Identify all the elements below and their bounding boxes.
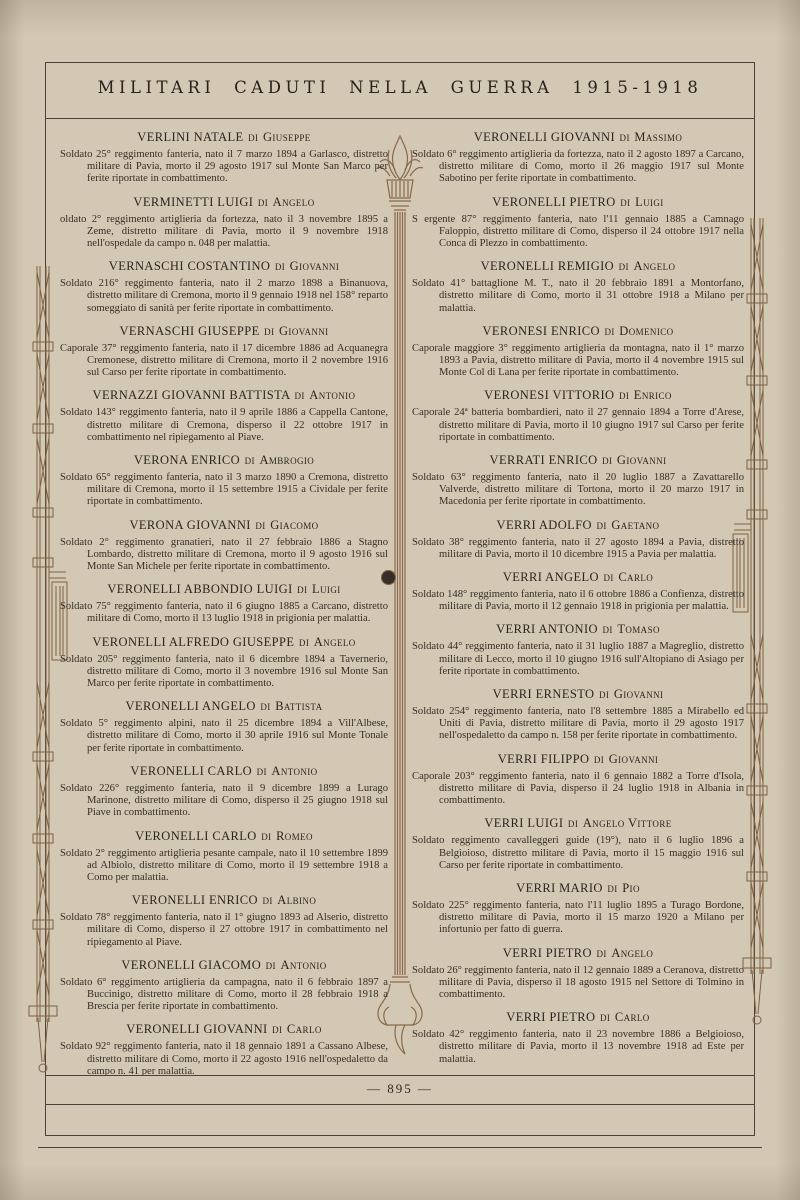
entry-heading: VERONESI ENRICO di Domenico (412, 324, 744, 339)
fallen-soldier-name: VERRI ANTONIO (496, 622, 598, 636)
fallen-soldier-name: VERNASCHI COSTANTINO (109, 259, 271, 273)
entry-body-text: Soldato 148° reggimento fanteria, nato i… (412, 589, 744, 613)
entry-body-text: oldato 2° reggimento artiglieria da fort… (60, 214, 388, 251)
father-name: Angelo Vittore (583, 816, 672, 830)
entry-body-text: Soldato 5° reggimento alpini, nato il 25… (60, 718, 388, 755)
entry-heading: VERONA GIOVANNI di Giacomo (60, 518, 388, 533)
fallen-soldier-name: VERONELLI GIACOMO (121, 958, 261, 972)
casualty-entry: VERONELLI PIETRO di Luigi S ergente 87° … (412, 195, 744, 251)
entry-body-text: S ergente 87° reggimento fanteria, nato … (412, 214, 744, 251)
entry-body-text: Soldato 65° reggimento fanteria, nato il… (60, 472, 388, 509)
entry-heading: VERONELLI GIOVANNI di Carlo (60, 1022, 388, 1037)
entry-heading: VERRI LUIGI di Angelo Vittore (412, 816, 744, 831)
patronymic-di: di (294, 388, 304, 402)
fallen-soldier-name: VERMINETTI LUIGI (133, 195, 253, 209)
fallen-soldier-name: VERNAZZI GIOVANNI BATTISTA (93, 388, 290, 402)
father-name: Giuseppe (263, 130, 311, 144)
father-name: Giovanni (290, 259, 340, 273)
fallen-soldier-name: VERONA GIOVANNI (129, 518, 250, 532)
patronymic-di: di (597, 518, 607, 532)
fallen-soldier-name: VERONELLI ENRICO (132, 893, 258, 907)
fallen-soldier-name: VERONELLI GIOVANNI (474, 130, 615, 144)
patronymic-di: di (568, 816, 578, 830)
fallen-soldier-name: VERONELLI ALFREDO GIUSEPPE (92, 635, 294, 649)
patronymic-di: di (266, 958, 276, 972)
casualty-entry: VERONELLI CARLO di Romeo Soldato 2° regg… (60, 829, 388, 885)
entry-heading: VERONELLI ANGELO di Battista (60, 699, 388, 714)
patronymic-di: di (258, 195, 268, 209)
entry-body-text: Soldato 216° reggimento fanteria, nato i… (60, 278, 388, 315)
entry-heading: VERNASCHI COSTANTINO di Giovanni (60, 259, 388, 274)
casualty-entry: VERONELLI ENRICO di Albino Soldato 78° r… (60, 893, 388, 949)
fallen-soldier-name: VERONA ENRICO (134, 453, 240, 467)
father-name: Pio (622, 881, 640, 895)
entry-heading: VERRI PIETRO di Carlo (412, 1010, 744, 1025)
father-name: Romeo (276, 829, 313, 843)
footer-top-rule (45, 1075, 755, 1076)
patronymic-di: di (262, 893, 272, 907)
entry-heading: VERONESI VITTORIO di Enrico (412, 388, 744, 403)
father-name: Angelo (611, 946, 653, 960)
casualty-entry: VERONA GIOVANNI di Giacomo Soldato 2° re… (60, 518, 388, 574)
entry-body-text: Soldato 225° reggimento fanteria, nato l… (412, 900, 744, 937)
entry-body-text: Soldato 2° reggimento artiglieria pesant… (60, 848, 388, 885)
father-name: Giacomo (270, 518, 318, 532)
casualty-entry: VERNASCHI COSTANTINO di Giovanni Soldato… (60, 259, 388, 315)
footer-bottom-rule (45, 1104, 755, 1105)
frame-top-rule (45, 62, 755, 63)
father-name: Albino (277, 893, 316, 907)
patronymic-di: di (594, 752, 604, 766)
father-name: Ambrogio (259, 453, 314, 467)
entry-body-text: Caporale 37° reggimento fanteria, nato i… (60, 343, 388, 380)
entry-body-text: Soldato 143° reggimento fanteria, nato i… (60, 407, 388, 444)
entry-heading: VERRI ERNESTO di Giovanni (412, 687, 744, 702)
father-name: Domenico (619, 324, 673, 338)
page-number: — 895 — (0, 1081, 800, 1097)
fallen-soldier-name: VERONELLI PIETRO (492, 195, 615, 209)
entry-heading: VERONELLI REMIGIO di Angelo (412, 259, 744, 274)
patronymic-di: di (275, 259, 285, 273)
entry-body-text: Soldato 6° reggimento artiglieria da for… (412, 149, 744, 186)
father-name: Luigi (312, 582, 341, 596)
casualty-entry: VERONELLI ALFREDO GIUSEPPE di Angelo Sol… (60, 635, 388, 691)
entry-body-text: Soldato 42° reggimento fanteria, nato il… (412, 1029, 744, 1066)
patronymic-di: di (620, 195, 630, 209)
father-name: Antonio (280, 958, 326, 972)
fallen-soldier-name: VERONELLI GIOVANNI (126, 1022, 267, 1036)
patronymic-di: di (603, 622, 613, 636)
entry-body-text: Soldato 226° reggimento fanteria, nato i… (60, 783, 388, 820)
entry-heading: VERRI ADOLFO di Gaetano (412, 518, 744, 533)
father-name: Tomaso (617, 622, 660, 636)
patronymic-di: di (261, 829, 271, 843)
entry-body-text: Soldato 2° reggimento granatieri, nato i… (60, 537, 388, 574)
casualty-entry: VERONELLI ABBONDIO LUIGI di Luigi Soldat… (60, 582, 388, 625)
fallen-soldier-name: VERLINI NATALE (137, 130, 243, 144)
casualty-entry: VERMINETTI LUIGI di Angelo oldato 2° reg… (60, 195, 388, 251)
patronymic-di: di (603, 570, 613, 584)
casualty-entry: VERONELLI REMIGIO di Angelo Soldato 41° … (412, 259, 744, 315)
entry-heading: VERNAZZI GIOVANNI BATTISTA di Antonio (60, 388, 388, 403)
patronymic-di: di (600, 1010, 610, 1024)
entry-heading: VERONELLI PIETRO di Luigi (412, 195, 744, 210)
casualty-entry: VERRI ANTONIO di Tomaso Soldato 44° regg… (412, 622, 744, 678)
entry-heading: VERRI ANTONIO di Tomaso (412, 622, 744, 637)
frame-right-rule (754, 62, 755, 1135)
patronymic-di: di (299, 635, 309, 649)
father-name: Gaetano (611, 518, 659, 532)
patronymic-di: di (619, 259, 629, 273)
patronymic-di: di (245, 453, 255, 467)
father-name: Angelo (273, 195, 315, 209)
casualty-entry: VERRI ADOLFO di Gaetano Soldato 38° regg… (412, 518, 744, 561)
entry-heading: VERRI MARIO di Pio (412, 881, 744, 896)
fallen-soldier-name: VERONELLI CARLO (135, 829, 257, 843)
casualty-entry: VERONELLI GIOVANNI di Massimo Soldato 6°… (412, 130, 744, 186)
entry-heading: VERONELLI ABBONDIO LUIGI di Luigi (60, 582, 388, 597)
fallen-soldier-name: VERRI ANGELO (503, 570, 599, 584)
entry-heading: VERRATI ENRICO di Giovanni (412, 453, 744, 468)
patronymic-di: di (255, 518, 265, 532)
entry-body-text: Soldato 75° reggimento fanteria, nato il… (60, 601, 388, 625)
entry-heading: VERONELLI ENRICO di Albino (60, 893, 388, 908)
entry-heading: VERMINETTI LUIGI di Angelo (60, 195, 388, 210)
casualty-entry: VERNASCHI GIUSEPPE di Giovanni Caporale … (60, 324, 388, 380)
fallen-soldier-name: VERRI FILIPPO (498, 752, 590, 766)
entry-body-text: Soldato reggimento cavalleggeri guide (1… (412, 835, 744, 872)
fallen-soldier-name: VERONESI ENRICO (482, 324, 599, 338)
entry-heading: VERONELLI CARLO di Antonio (60, 764, 388, 779)
frame-bottom-rule (45, 1135, 755, 1136)
patronymic-di: di (620, 130, 630, 144)
casualty-entry: VERONELLI ANGELO di Battista Soldato 5° … (60, 699, 388, 755)
entry-body-text: Caporale maggiore 3° reggimento artiglie… (412, 343, 744, 380)
entry-body-text: Soldato 6° reggimento artiglieria da cam… (60, 977, 388, 1014)
entry-body-text: Soldato 44° reggimento fanteria, nato il… (412, 641, 744, 678)
father-name: Antonio (271, 764, 317, 778)
father-name: Luigi (635, 195, 664, 209)
fallen-soldier-name: VERNASCHI GIUSEPPE (119, 324, 259, 338)
entry-body-text: Caporale 24ª batteria bombardieri, nato … (412, 407, 744, 444)
casualty-entry: VERRI ERNESTO di Giovanni Soldato 254° r… (412, 687, 744, 743)
entry-heading: VERRI FILIPPO di Giovanni (412, 752, 744, 767)
casualty-entry: VERONELLI CARLO di Antonio Soldato 226° … (60, 764, 388, 820)
entry-body-text: Soldato 26° reggimento fanteria, nato il… (412, 965, 744, 1002)
entry-heading: VERONA ENRICO di Ambrogio (60, 453, 388, 468)
fallen-soldier-name: VERRI MARIO (516, 881, 603, 895)
casualty-entry: VERONESI VITTORIO di Enrico Caporale 24ª… (412, 388, 744, 444)
patronymic-di: di (602, 453, 612, 467)
father-name: Carlo (615, 1010, 650, 1024)
entry-heading: VERRI ANGELO di Carlo (412, 570, 744, 585)
entry-body-text: Soldato 41° battaglione M. T., nato il 2… (412, 278, 744, 315)
casualty-entry: VERRI LUIGI di Angelo Vittore Soldato re… (412, 816, 744, 872)
father-name: Giovanni (617, 453, 667, 467)
page-title: MILITARI CADUTI NELLA GUERRA 1915-1918 (0, 78, 800, 97)
fallen-soldier-name: VERRI PIETRO (503, 946, 592, 960)
entry-body-text: Soldato 254° reggimento fanteria, nato l… (412, 706, 744, 743)
patronymic-di: di (604, 324, 614, 338)
patronymic-di: di (248, 130, 258, 144)
entry-heading: VERONELLI CARLO di Romeo (60, 829, 388, 844)
casualty-entry: VERRI MARIO di Pio Soldato 225° reggimen… (412, 881, 744, 937)
patronymic-di: di (607, 881, 617, 895)
entry-heading: VERRI PIETRO di Angelo (412, 946, 744, 961)
scanned-book-page: MILITARI CADUTI NELLA GUERRA 1915-1918 (0, 0, 800, 1200)
father-name: Enrico (634, 388, 672, 402)
casualty-entry: VERONESI ENRICO di Domenico Caporale mag… (412, 324, 744, 380)
column-right: VERONELLI GIOVANNI di Massimo Soldato 6°… (412, 130, 744, 1075)
entry-heading: VERONELLI GIOVANNI di Massimo (412, 130, 744, 145)
fallen-soldier-name: VERRI ADOLFO (497, 518, 592, 532)
fallen-soldier-name: VERONELLI REMIGIO (481, 259, 615, 273)
fallen-soldier-name: VERONELLI ANGELO (125, 699, 255, 713)
father-name: Massimo (634, 130, 682, 144)
fallen-soldier-name: VERRI PIETRO (506, 1010, 595, 1024)
fallen-soldier-name: VERRI LUIGI (484, 816, 563, 830)
casualty-entry: VERRI PIETRO di Angelo Soldato 26° reggi… (412, 946, 744, 1002)
casualty-entry: VERONELLI GIACOMO di Antonio Soldato 6° … (60, 958, 388, 1014)
entry-body-text: Soldato 205° reggimento fanteria, nato i… (60, 654, 388, 691)
casualty-entry: VERRI PIETRO di Carlo Soldato 42° reggim… (412, 1010, 744, 1066)
patronymic-di: di (596, 946, 606, 960)
entry-body-text: Caporale 203° reggimento fanteria, nato … (412, 771, 744, 808)
father-name: Carlo (618, 570, 653, 584)
entry-heading: VERNASCHI GIUSEPPE di Giovanni (60, 324, 388, 339)
casualty-entry: VERRI FILIPPO di Giovanni Caporale 203° … (412, 752, 744, 808)
entry-body-text: Soldato 92° reggimento fanteria, nato il… (60, 1041, 388, 1075)
father-name: Carlo (287, 1022, 322, 1036)
entry-body-text: Soldato 78° reggimento fanteria, nato il… (60, 912, 388, 949)
fallen-soldier-name: VERRI ERNESTO (493, 687, 595, 701)
column-left: VERLINI NATALE di Giuseppe Soldato 25° r… (60, 130, 388, 1075)
father-name: Angelo (314, 635, 356, 649)
patronymic-di: di (619, 388, 629, 402)
fallen-soldier-name: VERONESI VITTORIO (484, 388, 614, 402)
patronymic-di: di (264, 324, 274, 338)
entry-body-text: Soldato 25° reggimento fanteria, nato il… (60, 149, 388, 186)
father-name: Giovanni (279, 324, 329, 338)
patronymic-di: di (599, 687, 609, 701)
father-name: Angelo (633, 259, 675, 273)
father-name: Giovanni (609, 752, 659, 766)
casualty-entry: VERRATI ENRICO di Giovanni Soldato 63° r… (412, 453, 744, 509)
entry-body-text: Soldato 38° reggimento fanteria, nato il… (412, 537, 744, 561)
entry-heading: VERONELLI GIACOMO di Antonio (60, 958, 388, 973)
casualty-entry: VERLINI NATALE di Giuseppe Soldato 25° r… (60, 130, 388, 186)
casualty-entry: VERNAZZI GIOVANNI BATTISTA di Antonio So… (60, 388, 388, 444)
entry-body-text: Soldato 63° reggimento fanteria, nato il… (412, 472, 744, 509)
fallen-soldier-name: VERRATI ENRICO (490, 453, 598, 467)
patronymic-di: di (260, 699, 270, 713)
casualty-entry: VERONELLI GIOVANNI di Carlo Soldato 92° … (60, 1022, 388, 1075)
content-area: VERLINI NATALE di Giuseppe Soldato 25° r… (46, 119, 754, 1075)
casualty-entry: VERONA ENRICO di Ambrogio Soldato 65° re… (60, 453, 388, 509)
page-edge-rule (38, 1147, 762, 1148)
entry-heading: VERLINI NATALE di Giuseppe (60, 130, 388, 145)
casualty-entry: VERRI ANGELO di Carlo Soldato 148° reggi… (412, 570, 744, 613)
fallen-soldier-name: VERONELLI CARLO (130, 764, 252, 778)
patronymic-di: di (297, 582, 307, 596)
patronymic-di: di (272, 1022, 282, 1036)
father-name: Giovanni (614, 687, 664, 701)
father-name: Battista (275, 699, 322, 713)
patronymic-di: di (257, 764, 267, 778)
entry-heading: VERONELLI ALFREDO GIUSEPPE di Angelo (60, 635, 388, 650)
fallen-soldier-name: VERONELLI ABBONDIO LUIGI (107, 582, 292, 596)
father-name: Antonio (309, 388, 355, 402)
